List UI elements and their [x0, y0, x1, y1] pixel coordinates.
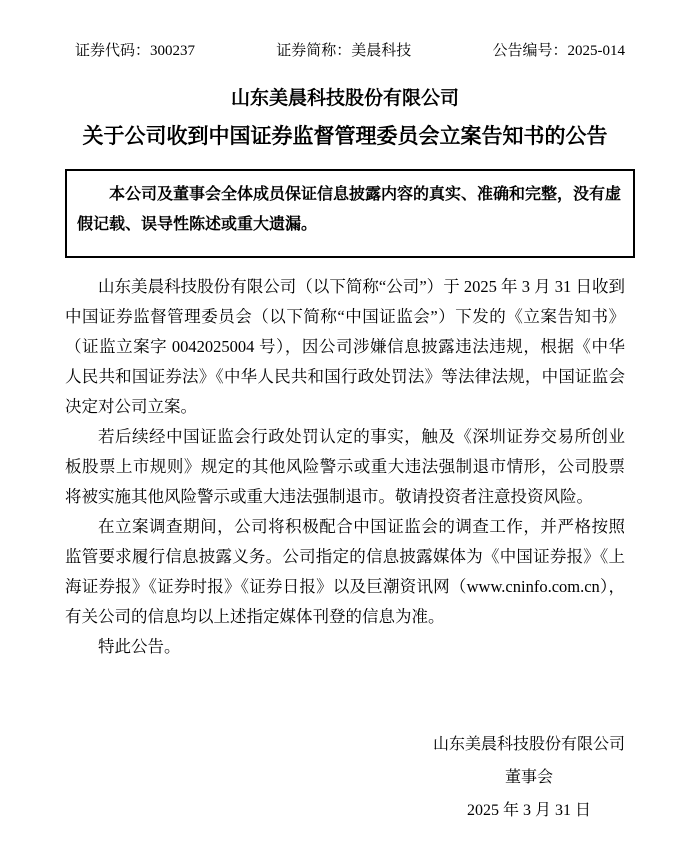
- document-header: 证券代码：300237 证券简称：美晨科技 公告编号：2025-014: [0, 0, 690, 61]
- stock-code: 证券代码：300237: [75, 42, 195, 61]
- stock-name: 证券简称：美晨科技: [276, 42, 411, 61]
- disclaimer-box: 本公司及董事会全体成员保证信息披露内容的真实、准确和完整，没有虚假记载、误导性陈…: [65, 169, 635, 258]
- paragraph-closing: 特此公告。: [65, 632, 625, 662]
- company-title: 山东美晨科技股份有限公司: [0, 87, 690, 111]
- signature-board: 董事会: [433, 761, 625, 794]
- paragraph-cooperation: 在立案调查期间，公司将积极配合中国证监会的调查工作，并严格按照监管要求履行信息披…: [65, 512, 625, 632]
- paragraph-risk-warning: 若后续经中国证监会行政处罚认定的事实，触及《深圳证券交易所创业板股票上市规则》规…: [65, 422, 625, 512]
- disclaimer-text: 本公司及董事会全体成员保证信息披露内容的真实、准确和完整，没有虚假记载、误导性陈…: [77, 186, 621, 233]
- signature-block: 山东美晨科技股份有限公司 董事会 2025 年 3 月 31 日: [433, 728, 625, 827]
- signature-date: 2025 年 3 月 31 日: [433, 794, 625, 827]
- announcement-number: 公告编号：2025-014: [493, 42, 626, 61]
- paragraph-filing-notice: 山东美晨科技股份有限公司（以下简称“公司”）于 2025 年 3 月 31 日收…: [65, 272, 625, 422]
- announcement-document: 证券代码：300237 证券简称：美晨科技 公告编号：2025-014 山东美晨…: [0, 0, 690, 848]
- announcement-body: 山东美晨科技股份有限公司（以下简称“公司”）于 2025 年 3 月 31 日收…: [0, 258, 690, 662]
- signature-company: 山东美晨科技股份有限公司: [433, 728, 625, 761]
- announcement-title: 关于公司收到中国证券监督管理委员会立案告知书的公告: [0, 123, 690, 149]
- title-block: 山东美晨科技股份有限公司 关于公司收到中国证券监督管理委员会立案告知书的公告: [0, 87, 690, 149]
